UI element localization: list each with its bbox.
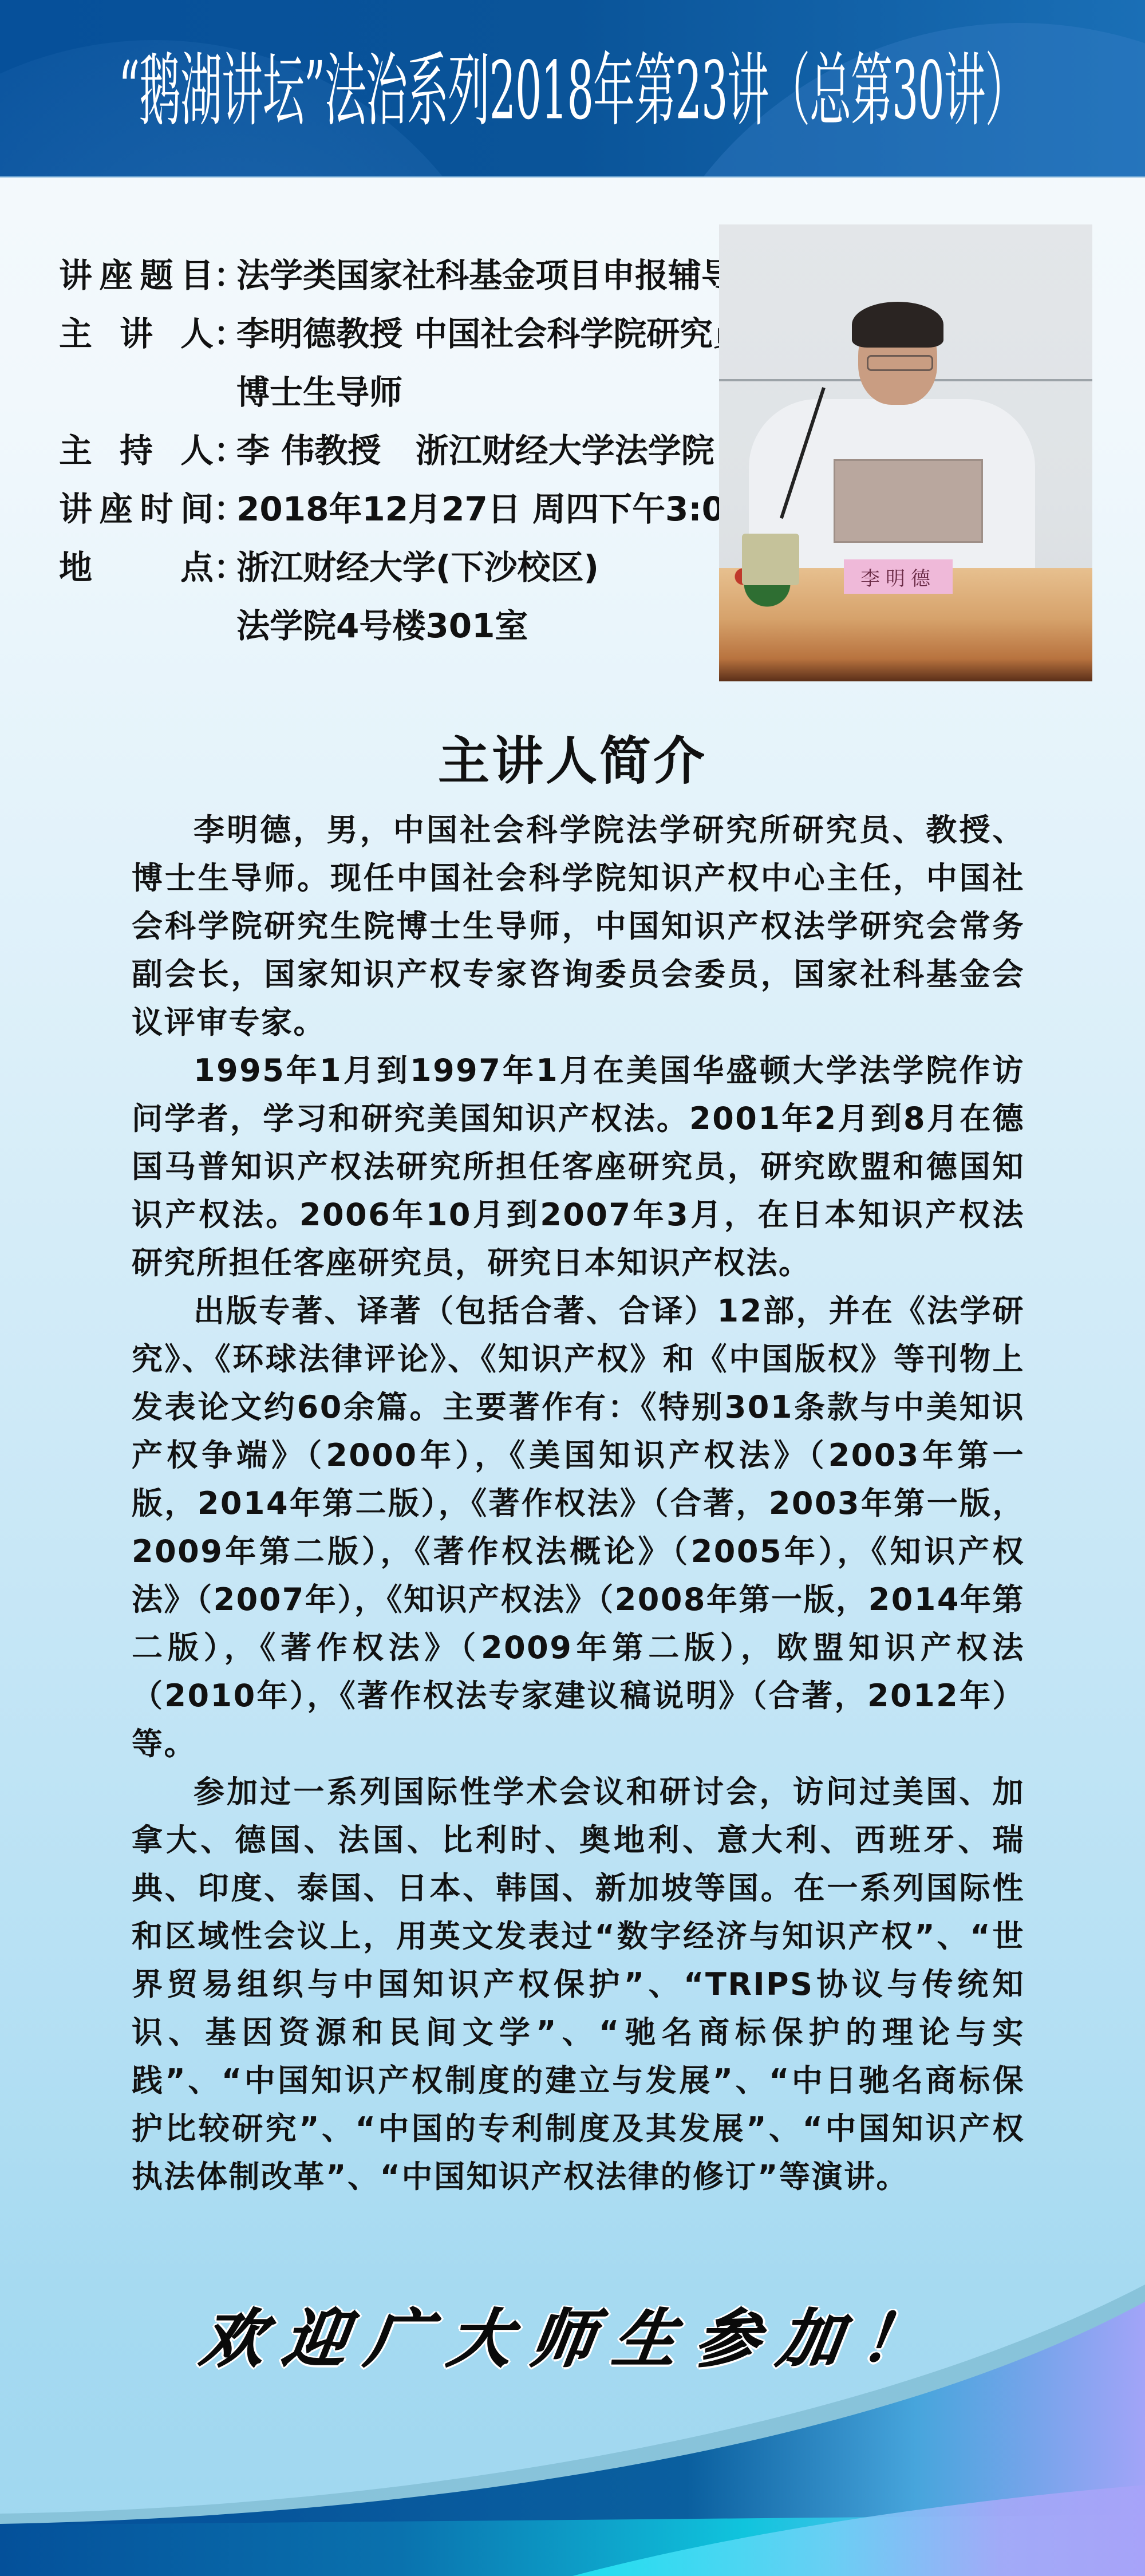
bio-heading: 主讲人简介 [0,730,1145,793]
info-label: 主 持 人 [59,432,214,470]
info-value: 浙江财经大学(下沙校区) 法学院4号楼301室 [236,549,599,645]
bio-paragraph: 李明德，男，中国社会科学院法学研究所研究员、教授、博士生导师。现任中国社会科学院… [132,806,1025,1047]
location-campus: 浙江财经大学(下沙校区) [236,549,599,586]
info-colon: ： [214,257,236,294]
info-colon: ： [214,315,236,353]
info-row-host: 主 持 人 ： 李 伟教授 浙江财经大学法学院 [59,432,706,470]
bio-paragraph: 参加过一系列国际性学术会议和研讨会，访问过美国、加拿大、德国、法国、比利时、奥地… [132,1768,1025,2201]
welcome-text: 欢迎广大师生参加！ [196,2302,949,2376]
title-text: “鹅湖讲坛”法治系列2018年第23讲（总第30讲） [119,50,1026,130]
info-value: 李 伟教授 浙江财经大学法学院 [236,432,714,470]
photo-nameplate: 李明德 [844,559,953,594]
lecture-info: 讲 座 题 目 ： 法学类国家社科基金项目申报辅导 主 讲 人 ： 李明德教授 … [59,257,706,665]
info-value: 李明德教授 中国社会科学院研究员 博士生导师 [236,315,746,411]
info-value: 2018年12月27日 周四下午3:00 [236,490,748,528]
info-colon: ： [214,549,236,586]
info-row-time: 讲 座 时 间 ： 2018年12月27日 周四下午3:00 [59,490,706,528]
bio-paragraph: 1995年1月到1997年1月在美国华盛顿大学法学院作访问学者，学习和研究美国知… [132,1047,1025,1287]
location-room: 法学院4号楼301室 [236,607,599,645]
welcome-message: 欢迎广大师生参加！ [0,2302,1145,2376]
info-label: 主 讲 人 [59,315,214,353]
info-row-speaker: 主 讲 人 ： 李明德教授 中国社会科学院研究员 博士生导师 [59,315,706,411]
speaker-name-title: 李明德教授 中国社会科学院研究员 [236,315,746,353]
speaker-role: 博士生导师 [236,373,746,411]
info-label: 讲 座 时 间 [59,490,214,528]
info-row-location: 地 点 ： 浙江财经大学(下沙校区) 法学院4号楼301室 [59,549,706,645]
lecture-time: 2018年12月27日 周四下午3:00 [236,490,748,528]
speaker-photo: 李明德 [719,224,1092,681]
photo-speaker-glasses [867,355,933,371]
bio-paragraph: 出版专著、译著（包括合著、合译）12部，并在《法学研究》、《环球法律评论》、《知… [132,1287,1025,1768]
info-label: 讲 座 题 目 [59,257,214,294]
info-label: 地 点 [59,549,214,586]
lecture-series-title: “鹅湖讲坛”法治系列2018年第23讲（总第30讲） [0,33,1145,148]
info-row-topic: 讲 座 题 目 ： 法学类国家社科基金项目申报辅导 [59,257,706,294]
info-colon: ： [214,432,236,470]
lecture-topic: 法学类国家社科基金项目申报辅导 [236,257,735,294]
header-banner: “鹅湖讲坛”法治系列2018年第23讲（总第30讲） [0,0,1145,177]
photo-cup [742,534,799,585]
info-value: 法学类国家社科基金项目申报辅导 [236,257,735,294]
photo-speaker-hair [852,302,943,348]
photo-laptop [834,459,983,543]
speaker-bio: 李明德，男，中国社会科学院法学研究所研究员、教授、博士生导师。现任中国社会科学院… [132,806,1025,2201]
info-colon: ： [214,490,236,528]
host-name: 李 伟教授 浙江财经大学法学院 [236,432,714,470]
